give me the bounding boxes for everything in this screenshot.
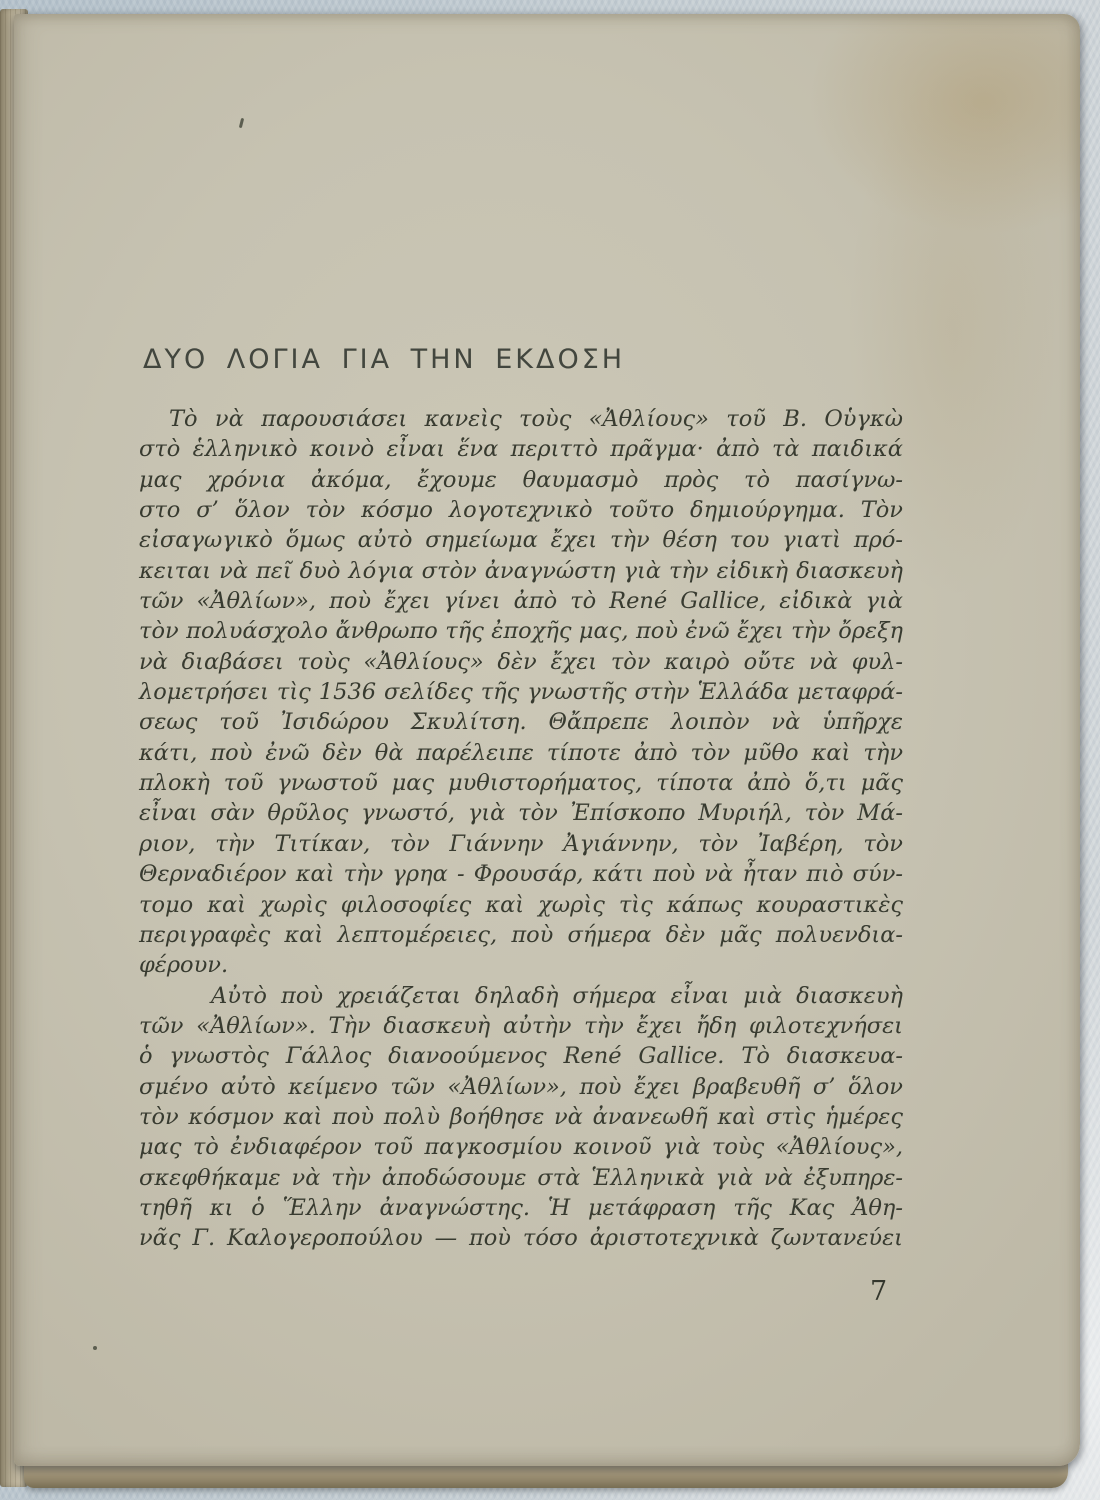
text-line: τῶν «Ἀθλίων», ποὺ ἔχει γίνει ἀπὸ τὸ René… xyxy=(139,586,903,616)
text-line: σμένο αὐτὸ κείμενο τῶν «Ἀθλίων», ποὺ ἔχε… xyxy=(139,1072,903,1102)
text-line: στο σ’ ὅλον τὸν κόσμο λογοτεχνικὸ τοῦτο … xyxy=(139,495,903,525)
text-line: τὸν πολυάσχολο ἄνθρωπο τῆς ἐποχῆς μας, π… xyxy=(139,616,903,646)
text-line: κάτι, ποὺ ἐνῶ δὲν θὰ παρέλειπε τίποτε ἀπ… xyxy=(139,738,903,768)
text-line: ὁ γνωστὸς Γάλλος διανοούμενος René Galli… xyxy=(139,1041,903,1071)
text-line: τηθῆ κι ὁ Ἕλλην ἀναγνώστης. Ἡ μετάφραση … xyxy=(139,1193,903,1223)
text-line: πλοκὴ τοῦ γνωστοῦ μας μυθιστορήματος, τί… xyxy=(139,768,903,798)
text-line: σεως τοῦ Ἰσιδώρου Σκυλίτση. Θἄπρεπε λοιπ… xyxy=(139,707,903,737)
background-fabric: ΔΥΟ ΛΟΓΙΑ ΓΙΑ ΤΗΝ ΕΚΔΟΣΗ Τὸ νὰ παρουσιάσ… xyxy=(0,0,1100,1500)
paragraph-1: Τὸ νὰ παρουσιάσει κανεὶς τοὺς «Ἀθλίους» … xyxy=(139,404,903,981)
paragraph-2: Αὐτὸ ποὺ χρειάζεται δηλαδὴ σήμερα εἶναι … xyxy=(139,981,903,1254)
text-line: μας τὸ ἐνδιαφέρον τοῦ παγκοσμίου κοινοῦ … xyxy=(139,1132,903,1162)
text-line: ριον, τὴν Τιτίκαν, τὸν Γιάννην Ἀγιάννην,… xyxy=(139,829,903,859)
text-line: τομο καὶ χωρὶς φιλοσοφίες καὶ χωρὶς τὶς … xyxy=(139,890,903,920)
text-line: νὰ διαβάσει τοὺς «Ἀθλίους» δὲν ἔχει τὸν … xyxy=(139,647,903,677)
text-line: νᾶς Γ. Καλογεροπούλου — ποὺ τόσο ἀριστοτ… xyxy=(139,1223,903,1253)
section-title: ΔΥΟ ΛΟΓΙΑ ΓΙΑ ΤΗΝ ΕΚΔΟΣΗ xyxy=(143,344,625,375)
body-text: Τὸ νὰ παρουσιάσει κανεὶς τοὺς «Ἀθλίους» … xyxy=(139,404,903,1254)
text-line: μας χρόνια ἀκόμα, ἔχουμε θαυμασμὸ πρὸς τ… xyxy=(139,465,903,495)
page-number: 7 xyxy=(870,1276,887,1307)
paper-speck xyxy=(239,118,244,128)
text-line: τῶν «Ἀθλίων». Τὴν διασκευὴ αὐτὴν τὴν ἔχε… xyxy=(139,1011,903,1041)
book-page: ΔΥΟ ΛΟΓΙΑ ΓΙΑ ΤΗΝ ΕΚΔΟΣΗ Τὸ νὰ παρουσιάσ… xyxy=(14,14,1080,1466)
text-line: λομετρήσει τὶς 1536 σελίδες τῆς γνωστῆς … xyxy=(139,677,903,707)
text-line: εἶναι σὰν θρῦλος γνωστό, γιὰ τὸν Ἐπίσκοπ… xyxy=(139,798,903,828)
text-line: σκεφθήκαμε νὰ τὴν ἀποδώσουμε στὰ Ἑλληνικ… xyxy=(139,1163,903,1193)
text-line: Θερναδιέρον καὶ τὴν γρηα - Φρουσάρ, κάτι… xyxy=(139,859,903,889)
text-line: κειται νὰ πεῖ δυὸ λόγια στὸν ἀναγνώστη γ… xyxy=(139,556,903,586)
paper-speck xyxy=(93,1346,97,1350)
text-line: εἰσαγωγικὸ ὅμως αὐτὸ σημείωμα ἔχει τὴν θ… xyxy=(139,525,903,555)
text-line: Τὸ νὰ παρουσιάσει κανεὶς τοὺς «Ἀθλίους» … xyxy=(139,404,903,434)
text-line: στὸ ἑλληνικὸ κοινὸ εἶναι ἕνα περιττὸ πρᾶ… xyxy=(139,434,903,464)
text-line: περιγραφὲς καὶ λεπτομέρειες, ποὺ σήμερα … xyxy=(139,920,903,950)
text-line: φέρουν. xyxy=(139,950,903,980)
text-line: Αὐτὸ ποὺ χρειάζεται δηλαδὴ σήμερα εἶναι … xyxy=(139,981,903,1011)
text-line: τὸν κόσμον καὶ ποὺ πολὺ βοήθησε νὰ ἀνανε… xyxy=(139,1102,903,1132)
